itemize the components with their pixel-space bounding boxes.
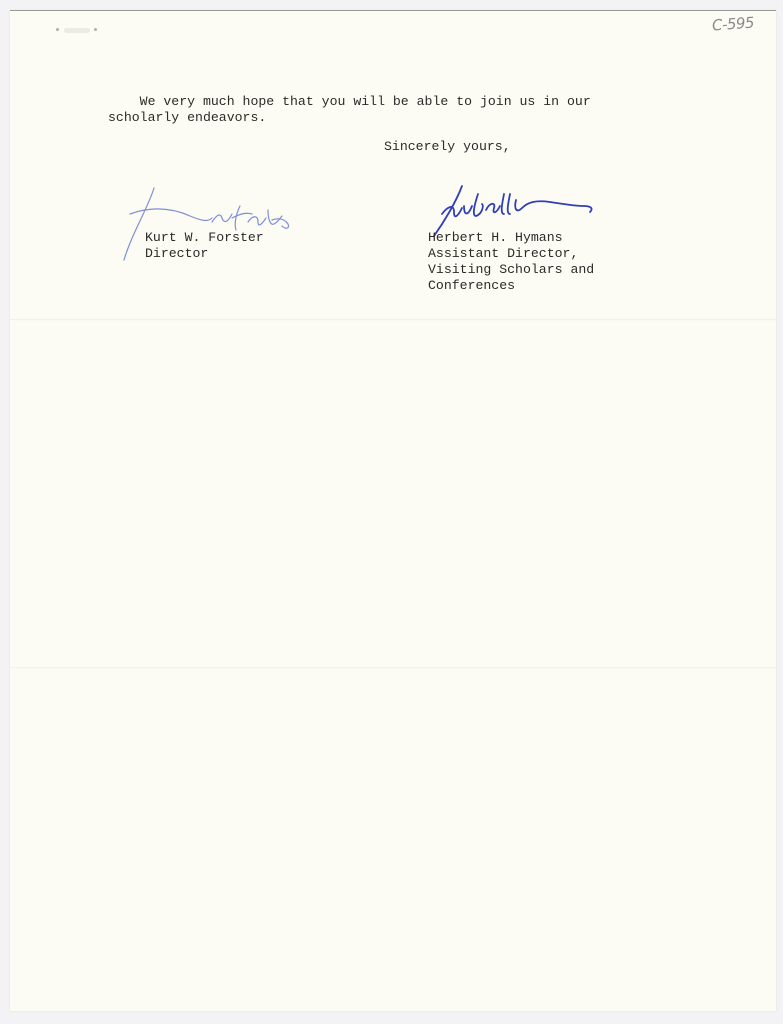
signatory-title-line: Visiting Scholars and [428,262,594,277]
fold-line [10,667,776,669]
letter-page: C-595 [10,10,776,1011]
signatory-name: Herbert H. Hymans [428,230,563,245]
signatory-title: Director [145,246,208,261]
body-paragraph: We very much hope that you will be able … [108,94,591,126]
signatory-hymans: Herbert H. Hymans Assistant Director, Vi… [428,230,594,294]
archive-number: C-595 [711,14,754,35]
staple-hole-icon [56,28,59,31]
fold-line [10,319,776,321]
body-line-1: We very much hope that you will be able … [140,94,591,109]
signatory-forster: Kurt W. Forster Director [145,230,264,262]
signatory-title-line: Assistant Director, [428,246,578,261]
body-line: We very much hope that you will be able … [108,94,591,109]
signatory-title-line: Conferences [428,278,515,293]
staple-mark [56,27,98,33]
staple-shadow [64,28,90,33]
body-line-2: scholarly endeavors. [108,110,266,125]
staple-hole-icon [94,28,97,31]
closing-salutation: Sincerely yours, [384,139,511,155]
signatory-name: Kurt W. Forster [145,230,264,245]
